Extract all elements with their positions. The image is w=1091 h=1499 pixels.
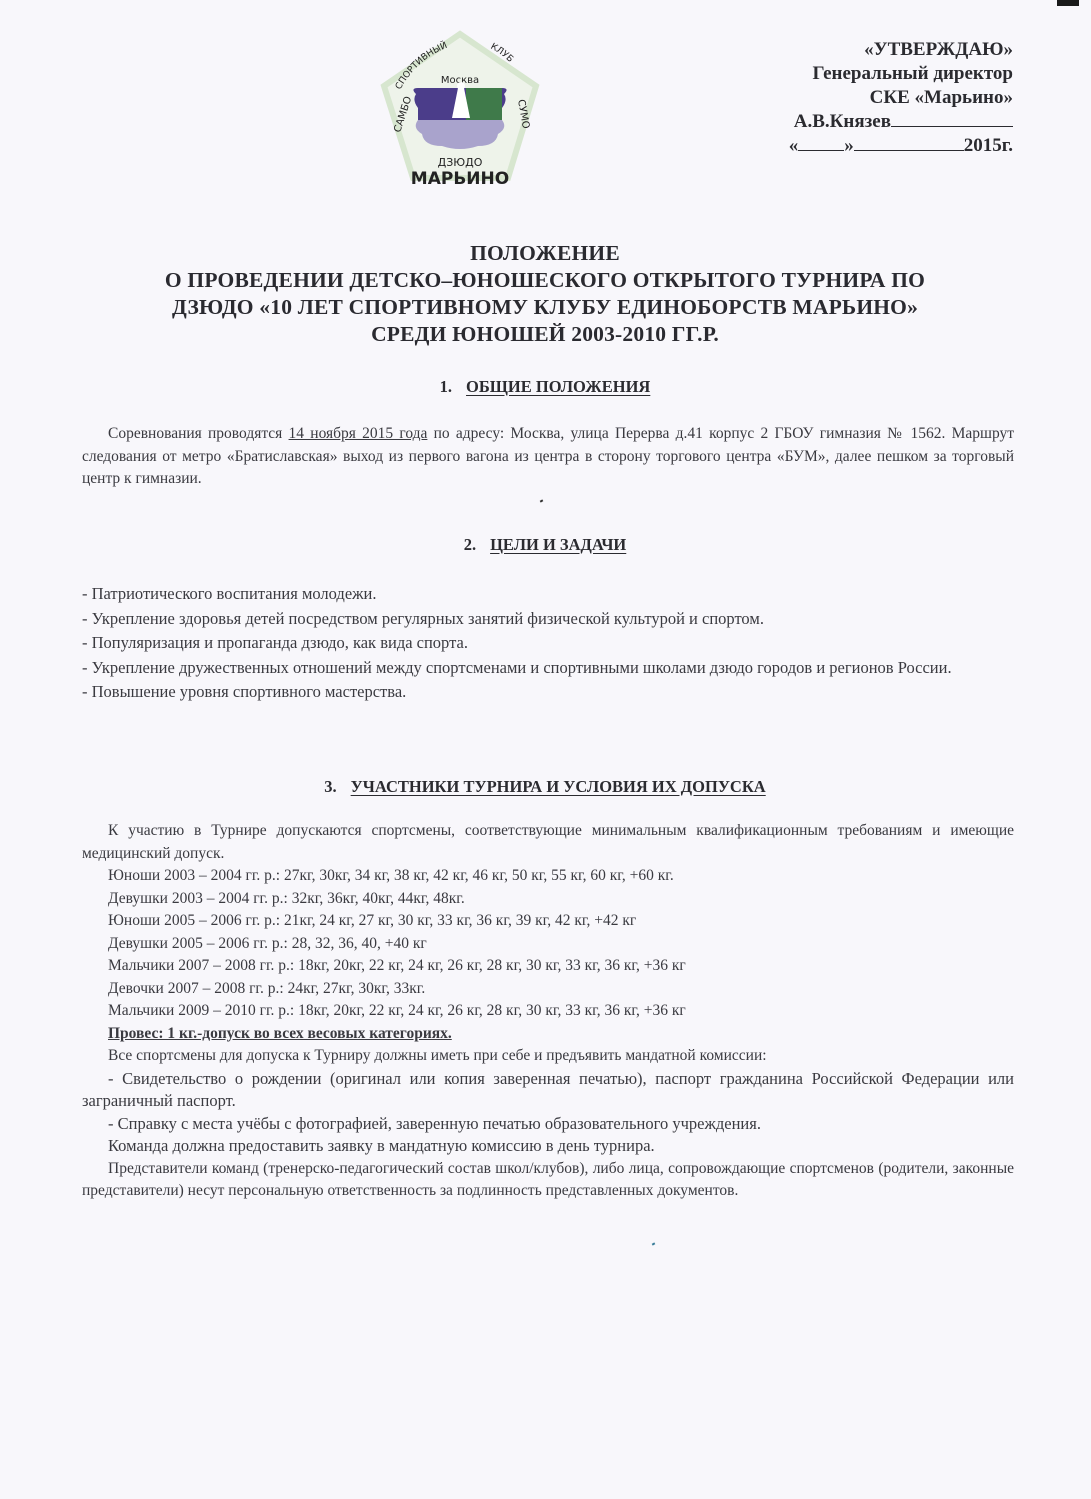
title-line-4: СРЕДИ ЮНОШЕЙ 2003-2010 ГГ.Р. (60, 321, 1030, 348)
title-line-3: ДЗЮДО «10 ЛЕТ СПОРТИВНОМУ КЛУБУ ЕДИНОБОР… (60, 294, 1030, 321)
document-item: - Справку с места учёбы с фотографией, з… (82, 1113, 1014, 1136)
scan-edge-mark (1057, 0, 1079, 6)
goal-item: - Укрепление дружественных отношений меж… (82, 656, 1014, 681)
weight-allowance: Провес: 1 кг.-допуск во всех весовых кат… (82, 1023, 1014, 1046)
section-2-heading: 2.ЦЕЛИ И ЗАДАЧИ (60, 535, 1030, 555)
logo-bottom-big: МАРЬИНО (411, 169, 509, 189)
document-item: - Свидетельство о рождении (оригинал или… (82, 1068, 1014, 1113)
document-title: ПОЛОЖЕНИЕ О ПРОВЕДЕНИИ ДЕТСКО–ЮНОШЕСКОГО… (60, 240, 1030, 348)
section-3-body: К участию в Турнире допускаются спортсме… (82, 820, 1014, 1203)
section-3-heading: 3.УЧАСТНИКИ ТУРНИРА И УСЛОВИЯ ИХ ДОПУСКА (60, 777, 1030, 797)
goal-item: - Укрепление здоровья детей посредством … (82, 607, 1014, 632)
responsibility-note: Представители команд (тренерско-педагоги… (82, 1158, 1014, 1203)
event-date: 14 ноября 2015 года (289, 425, 428, 442)
title-line-2: О ПРОВЕДЕНИИ ДЕТСКО–ЮНОШЕСКОГО ОТКРЫТОГО… (60, 267, 1030, 294)
weight-category-row: Девочки 2007 – 2008 гг. р.: 24кг, 27кг, … (82, 978, 1014, 1001)
approval-signature-line: А.В.Князев (743, 110, 1013, 134)
date-open-quote: « (789, 135, 799, 156)
documents-intro: Все спортсмены для допуска к Турниру дол… (82, 1045, 1014, 1068)
signature-blank (891, 110, 1013, 127)
club-logo: СПОРТИВНЫЙ КЛУБ Москва САМБО СУМО ДЗЮДО … (378, 28, 543, 193)
section-1-text: Соревнования проводятся 14 ноября 2015 г… (82, 423, 1014, 491)
logo-bottom-small: ДЗЮДО (438, 156, 483, 169)
title-line-1: ПОЛОЖЕНИЕ (60, 240, 1030, 267)
weight-category-row: Девушки 2005 – 2006 гг. р.: 28, 32, 36, … (82, 933, 1014, 956)
date-close-quote: » (844, 135, 854, 156)
goals-list: - Патриотического воспитания молодежи. -… (82, 582, 1014, 705)
approval-position: Генеральный директор (743, 62, 1013, 86)
weight-category-row: Юноши 2005 – 2006 гг. р.: 21кг, 24 кг, 2… (82, 910, 1014, 933)
approval-year: 2015г. (964, 135, 1013, 156)
section-1-heading: 1.ОБЩИЕ ПОЛОЖЕНИЯ (60, 377, 1030, 397)
day-blank (798, 134, 844, 151)
weight-category-row: Девушки 2003 – 2004 гг. р.: 32кг, 36кг, … (82, 888, 1014, 911)
approval-date-line: «»2015г. (743, 134, 1013, 158)
scan-speck (652, 1242, 656, 1245)
month-blank (854, 134, 964, 151)
goal-item: - Популяризация и пропаганда дзюдо, как … (82, 631, 1014, 656)
approval-block: «УТВЕРЖДАЮ» Генеральный директор СКЕ «Ма… (743, 38, 1013, 158)
weight-category-row: Мальчики 2007 – 2008 гг. р.: 18кг, 20кг,… (82, 955, 1014, 978)
approval-title: «УТВЕРЖДАЮ» (743, 38, 1013, 62)
weight-category-row: Мальчики 2009 – 2010 гг. р.: 18кг, 20кг,… (82, 1000, 1014, 1023)
approval-organization: СКЕ «Марьино» (743, 86, 1013, 110)
goal-item: - Патриотического воспитания молодежи. (82, 582, 1014, 607)
team-application: Команда должна предоставить заявку в ман… (82, 1135, 1014, 1158)
approver-name: А.В.Князев (794, 111, 891, 132)
goal-item: - Повышение уровня спортивного мастерств… (82, 680, 1014, 705)
weight-category-row: Юноши 2003 – 2004 гг. р.: 27кг, 30кг, 34… (82, 865, 1014, 888)
scan-speck (540, 499, 544, 502)
participants-intro: К участию в Турнире допускаются спортсме… (82, 820, 1014, 865)
